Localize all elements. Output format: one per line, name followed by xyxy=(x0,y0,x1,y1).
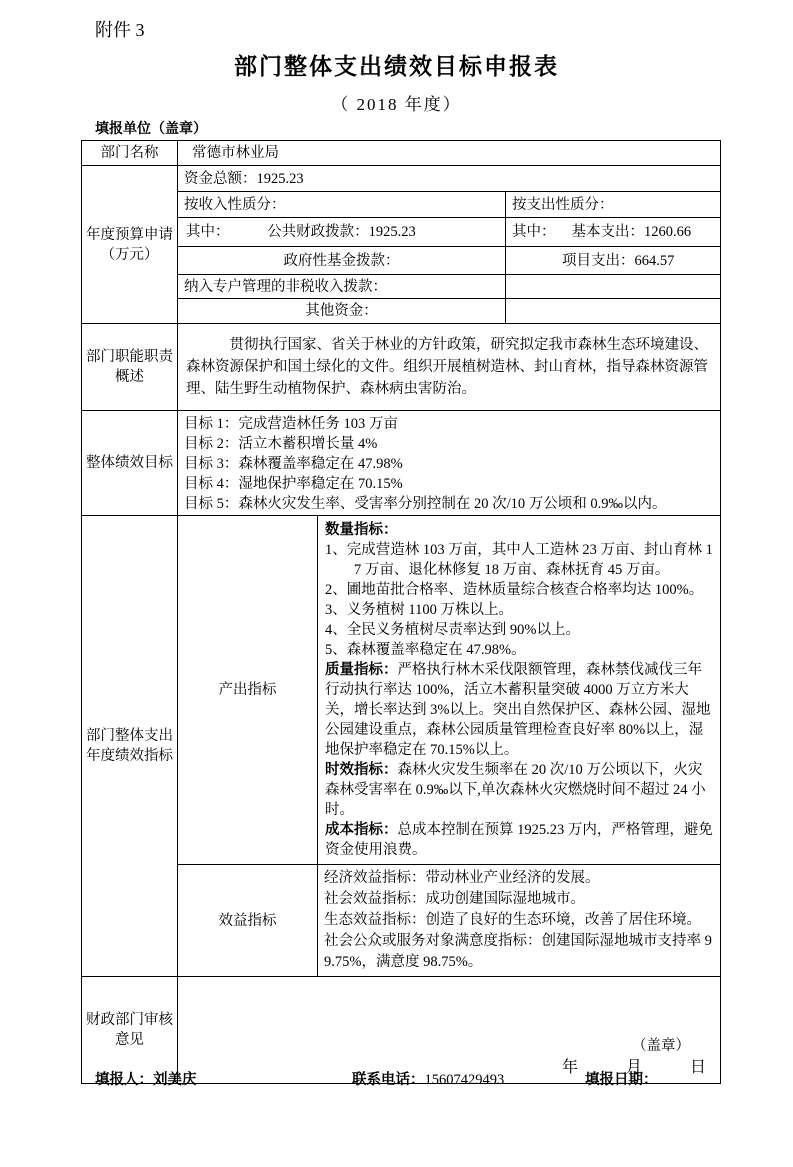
income-title: 按收入性质分： xyxy=(178,192,506,218)
preparer-name: 刘美庆 xyxy=(153,1072,197,1088)
annual-indicators-label: 部门整体支出 年度绩效指标 xyxy=(82,516,178,977)
attachment-label: 附件 3 xyxy=(95,16,145,42)
annual-label-line2: 年度绩效指标 xyxy=(84,746,175,766)
gov-fund-value: 政府性基金拨款： xyxy=(178,247,506,275)
unit-seal-label: 填报单位（盖章） xyxy=(95,118,207,138)
expense-basic-value: 基本支出：1260.66 xyxy=(572,224,692,240)
row-benefit-indicators: 效益指标 经济效益指标：带动林业产业经济的发展。 社会效益指标：成功创建国际湿地… xyxy=(82,865,721,977)
income-public-cell: 其中： 公共财政拨款：1925.23 xyxy=(178,218,506,247)
phone-label: 联系电话： xyxy=(352,1072,425,1088)
budget-total: 资金总额：1925.23 xyxy=(178,166,721,192)
benefit-item-1: 经济效益指标：带动林业产业经济的发展。 xyxy=(324,868,714,889)
goals-cell: 目标 1：完成营造林任务 103 万亩 目标 2：活立木蓄积增长量 4% 目标 … xyxy=(178,411,721,516)
nontax-value: 纳入专户管理的非税收入拨款： xyxy=(178,275,506,299)
income-qizhong: 其中： xyxy=(186,222,230,242)
qty-item-1: 1、完成营造林 103 万亩，其中人工造林 23 万亩、封山育林 17 万亩、退… xyxy=(325,540,713,580)
benefit-indicators-cell: 经济效益指标：带动林业产业经济的发展。 社会效益指标：成功创建国际湿地城市。 生… xyxy=(318,865,721,977)
review-label-line1: 财政部门审核 xyxy=(84,1010,175,1030)
qty-item-3: 3、义务植树 1100 万株以上。 xyxy=(325,600,713,620)
preparer-label: 填报人： xyxy=(95,1072,153,1088)
qty-item-2: 2、圃地苗批合格率、造林质量综合核查合格率均达 100%。 xyxy=(325,580,713,600)
row-duty: 部门职能职责 概述 贯彻执行国家、省关于林业的方针政策，研究拟定我市森林生态环境… xyxy=(82,324,721,411)
quality-indicator: 质量指标：严格执行林木采伐限额管理，森林禁伐减伐三年行动执行率达 100%，活立… xyxy=(325,660,713,760)
duty-label-line2: 概述 xyxy=(84,367,175,387)
benefit-item-4: 社会公众或服务对象满意度指标：创建国际湿地城市支持率 99.75%，满意度 98… xyxy=(324,931,714,973)
row-budget-total: 年度预算申请 （万元） 资金总额：1925.23 xyxy=(82,166,721,192)
fill-date-label: 填报日期： xyxy=(585,1072,658,1088)
duty-label-line1: 部门职能职责 xyxy=(84,347,175,367)
annual-label-line1: 部门整体支出 xyxy=(84,726,175,746)
duty-label: 部门职能职责 概述 xyxy=(82,324,178,411)
other-fund-value: 其他资金： xyxy=(178,299,506,324)
time-indicator-title: 时效指标： xyxy=(325,762,398,778)
expense-qizhong: 其中： xyxy=(512,224,556,240)
project-expense-value: 项目支出：664.57 xyxy=(506,247,721,275)
budget-label: 年度预算申请 （万元） xyxy=(82,166,178,324)
footer-phone: 联系电话：15607429493 xyxy=(352,1068,504,1089)
dept-name-value: 常德市林业局 xyxy=(178,141,721,166)
phone-number: 15607429493 xyxy=(425,1072,505,1088)
qty-item-5: 5、森林覆盖率稳定在 47.98%。 xyxy=(325,640,713,660)
budget-label-line1: 年度预算申请 xyxy=(84,225,175,245)
row-goals: 整体绩效目标 目标 1：完成营造林任务 103 万亩 目标 2：活立木蓄积增长量… xyxy=(82,411,721,516)
footer-preparer: 填报人：刘美庆 xyxy=(95,1068,197,1089)
goals-label: 整体绩效目标 xyxy=(82,411,178,516)
row-output-indicators: 部门整体支出 年度绩效指标 产出指标 数量指标： 1、完成营造林 103 万亩，… xyxy=(82,516,721,865)
qty-item-4: 4、全民义务植树尽责率达到 90%以上。 xyxy=(325,620,713,640)
goal-item-5: 目标 5：森林火灾发生率、受害率分别控制在 20 次/10 万公顷和 0.9‰以… xyxy=(184,494,714,514)
qty-indicators-title: 数量指标： xyxy=(325,520,713,540)
output-indicators-label: 产出指标 xyxy=(178,516,318,865)
other-empty-cell xyxy=(506,299,721,324)
output-indicators-cell: 数量指标： 1、完成营造林 103 万亩，其中人工造林 23 万亩、封山育林 1… xyxy=(318,516,721,865)
duty-text: 贯彻执行国家、省关于林业的方针政策，研究拟定我市森林生态环境建设、森林资源保护和… xyxy=(178,324,721,411)
benefit-item-2: 社会效益指标：成功创建国际湿地城市。 xyxy=(324,889,714,910)
nontax-empty-cell xyxy=(506,275,721,299)
goal-item-4: 目标 4：湿地保护率稳定在 70.15% xyxy=(184,474,714,494)
row-budget-other: 其他资金： xyxy=(82,299,721,324)
row-dept-name: 部门名称 常德市林业局 xyxy=(82,141,721,166)
page-title: 部门整体支出绩效目标申报表 xyxy=(0,48,793,81)
time-indicator: 时效指标：森林火灾发生频率在 20 次/10 万公顷以下，火灾森林受害率在 0.… xyxy=(325,760,713,820)
goal-item-2: 目标 2：活立木蓄积增长量 4% xyxy=(184,434,714,454)
document-page: 附件 3 部门整体支出绩效目标申报表 （ 2018 年度） 填报单位（盖章） 部… xyxy=(0,0,793,1167)
row-budget-main: 其中： 公共财政拨款：1925.23 其中：基本支出：1260.66 xyxy=(82,218,721,247)
form-table: 部门名称 常德市林业局 年度预算申请 （万元） 资金总额：1925.23 按收入… xyxy=(81,140,721,1084)
quality-indicator-title: 质量指标： xyxy=(325,662,398,678)
goal-item-1: 目标 1：完成营造林任务 103 万亩 xyxy=(184,414,714,434)
row-budget-nontax: 纳入专户管理的非税收入拨款： xyxy=(82,275,721,299)
budget-label-line2: （万元） xyxy=(84,245,175,265)
income-public-value: 公共财政拨款：1925.23 xyxy=(184,222,499,242)
expense-title: 按支出性质分： xyxy=(506,192,721,218)
expense-basic-cell: 其中：基本支出：1260.66 xyxy=(506,218,721,247)
cost-indicator: 成本指标：总成本控制在预算 1925.23 万内，严格管理，避免资金使用浪费。 xyxy=(325,820,713,860)
footer-date: 填报日期： xyxy=(585,1068,658,1089)
row-budget-headers: 按收入性质分： 按支出性质分： xyxy=(82,192,721,218)
cost-indicator-title: 成本指标： xyxy=(325,822,398,838)
review-label-line2: 意见 xyxy=(84,1030,175,1050)
row-budget-govfund: 政府性基金拨款： 项目支出：664.57 xyxy=(82,247,721,275)
review-stamp-placeholder: （盖章） xyxy=(184,1035,714,1057)
goal-item-3: 目标 3：森林覆盖率稳定在 47.98% xyxy=(184,454,714,474)
benefit-indicators-label: 效益指标 xyxy=(178,865,318,977)
page-year: （ 2018 年度） xyxy=(0,90,793,115)
dept-name-label: 部门名称 xyxy=(82,141,178,166)
benefit-item-3: 生态效益指标：创造了良好的生态环境，改善了居住环境。 xyxy=(324,910,714,931)
